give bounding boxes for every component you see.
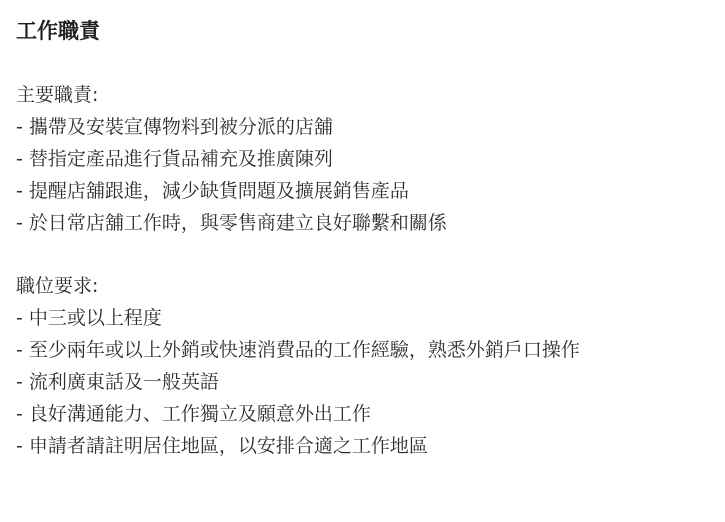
list-item: - 良好溝通能力、工作獨立及願意外出工作	[16, 398, 580, 430]
section-heading: 主要職責:	[16, 79, 447, 111]
responsibilities-section: 主要職責: - 攜帶及安裝宣傳物料到被分派的店舖 - 替指定產品進行貨品補充及推…	[16, 79, 447, 239]
requirements-section: 職位要求: - 中三或以上程度 - 至少兩年或以上外銷或快速消費品的工作經驗，熟…	[16, 270, 580, 462]
list-item: - 攜帶及安裝宣傳物料到被分派的店舖	[16, 111, 447, 143]
list-item: - 於日常店舖工作時，與零售商建立良好聯繫和關係	[16, 207, 447, 239]
list-item: - 流利廣東話及一般英語	[16, 366, 580, 398]
list-item: - 中三或以上程度	[16, 302, 580, 334]
page-title: 工作職責	[16, 16, 100, 46]
list-item: - 提醒店舖跟進，減少缺貨問題及擴展銷售產品	[16, 175, 447, 207]
list-item: - 申請者請註明居住地區，以安排合適之工作地區	[16, 430, 580, 462]
list-item: - 至少兩年或以上外銷或快速消費品的工作經驗，熟悉外銷戶口操作	[16, 334, 580, 366]
list-item: - 替指定產品進行貨品補充及推廣陳列	[16, 143, 447, 175]
section-heading: 職位要求:	[16, 270, 580, 302]
